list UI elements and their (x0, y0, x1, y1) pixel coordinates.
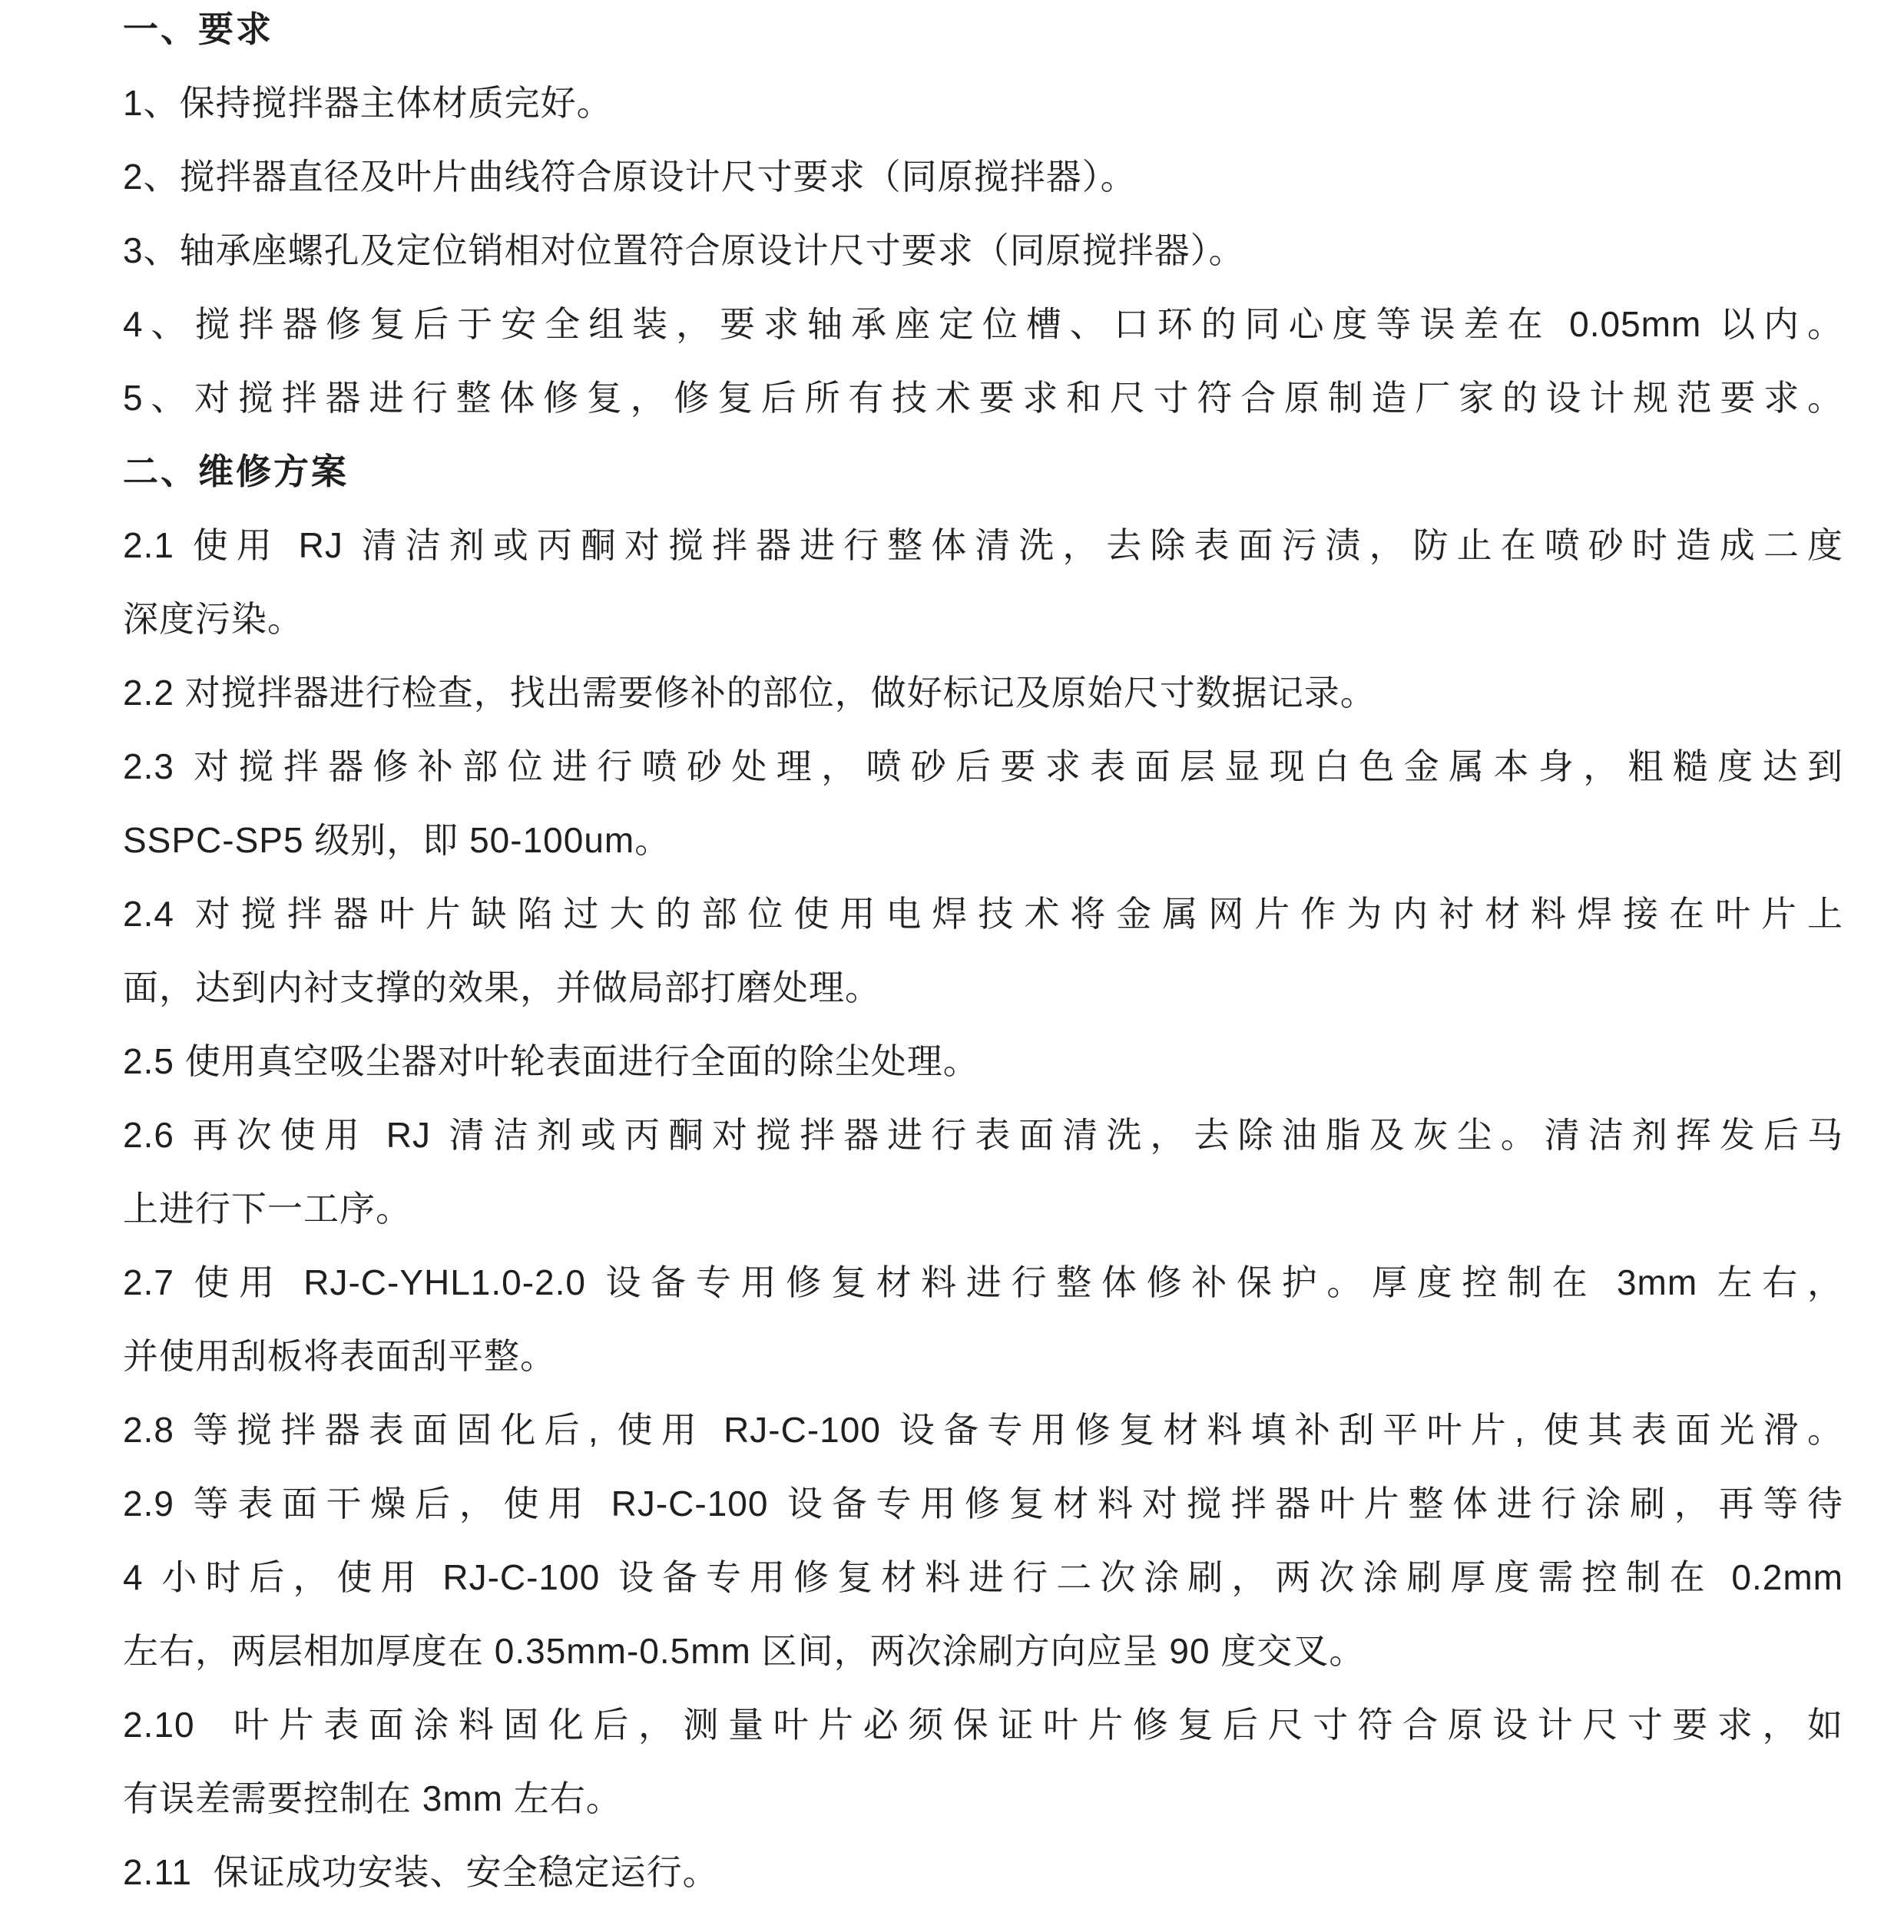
requirement-item-1: 1、保持搅拌器主体材质完好。 (123, 66, 1843, 140)
plan-step-2-10-line-2: 有误差需要控制在 3mm 左右。 (123, 1762, 1843, 1835)
plan-step-2-3-line-2: SSPC-SP5 级别，即 50-100um。 (123, 803, 1843, 877)
plan-step-2-11: 2.11 保证成功安装、安全稳定运行。 (123, 1835, 1843, 1909)
plan-step-2-4-line-2: 面，达到内衬支撑的效果，并做局部打磨处理。 (123, 951, 1843, 1024)
plan-step-2-6-line-1: 2.6 再次使用 RJ 清洁剂或丙酮对搅拌器进行表面清洗，去除油脂及灰尘。清洁剂… (123, 1098, 1843, 1172)
plan-step-2-1-line-2: 深度污染。 (123, 582, 1843, 656)
requirement-item-3: 3、轴承座螺孔及定位销相对位置符合原设计尺寸要求（同原搅拌器）。 (123, 213, 1843, 287)
requirement-item-2: 2、搅拌器直径及叶片曲线符合原设计尺寸要求（同原搅拌器）。 (123, 140, 1843, 213)
plan-step-2-5: 2.5 使用真空吸尘器对叶轮表面进行全面的除尘处理。 (123, 1024, 1843, 1098)
plan-step-2-6-line-2: 上进行下一工序。 (123, 1172, 1843, 1246)
section-heading-requirements: 一、要求 (123, 0, 1843, 66)
plan-step-2-9-line-2: 4 小时后，使用 RJ-C-100 设备专用修复材料进行二次涂刷，两次涂刷厚度需… (123, 1540, 1843, 1614)
plan-step-2-10-line-1: 2.10 叶片表面涂料固化后，测量叶片必须保证叶片修复后尺寸符合原设计尺寸要求，… (123, 1688, 1843, 1762)
plan-step-2-8: 2.8 等搅拌器表面固化后, 使用 RJ-C-100 设备专用修复材料填补刮平叶… (123, 1393, 1843, 1467)
plan-step-2-1-line-1: 2.1 使用 RJ 清洁剂或丙酮对搅拌器进行整体清洗，去除表面污渍，防止在喷砂时… (123, 508, 1843, 582)
plan-step-2-3-line-1: 2.3 对搅拌器修补部位进行喷砂处理，喷砂后要求表面层显现白色金属本身，粗糙度达… (123, 729, 1843, 803)
requirement-item-4: 4、搅拌器修复后于安全组装，要求轴承座定位槽、口环的同心度等误差在 0.05mm… (123, 287, 1843, 361)
plan-step-2-9-line-3: 左右，两层相加厚度在 0.35mm-0.5mm 区间，两次涂刷方向应呈 90 度… (123, 1614, 1843, 1688)
plan-step-2-7-line-2: 并使用刮板将表面刮平整。 (123, 1319, 1843, 1393)
plan-step-2-4-line-1: 2.4 对搅拌器叶片缺陷过大的部位使用电焊技术将金属网片作为内衬材料焊接在叶片上 (123, 877, 1843, 951)
section-heading-maintenance-plan: 二、维修方案 (123, 435, 1843, 508)
document-page: 一、要求 1、保持搅拌器主体材质完好。 2、搅拌器直径及叶片曲线符合原设计尺寸要… (0, 0, 1904, 1932)
plan-step-2-9-line-1: 2.9 等表面干燥后，使用 RJ-C-100 设备专用修复材料对搅拌器叶片整体进… (123, 1467, 1843, 1540)
plan-step-2-7-line-1: 2.7 使用 RJ-C-YHL1.0-2.0 设备专用修复材料进行整体修补保护。… (123, 1246, 1843, 1319)
requirement-item-5: 5、对搅拌器进行整体修复，修复后所有技术要求和尺寸符合原制造厂家的设计规范要求。 (123, 361, 1843, 435)
plan-step-2-2: 2.2 对搅拌器进行检查，找出需要修补的部位，做好标记及原始尺寸数据记录。 (123, 656, 1843, 729)
document-body: 一、要求 1、保持搅拌器主体材质完好。 2、搅拌器直径及叶片曲线符合原设计尺寸要… (123, 0, 1843, 1909)
